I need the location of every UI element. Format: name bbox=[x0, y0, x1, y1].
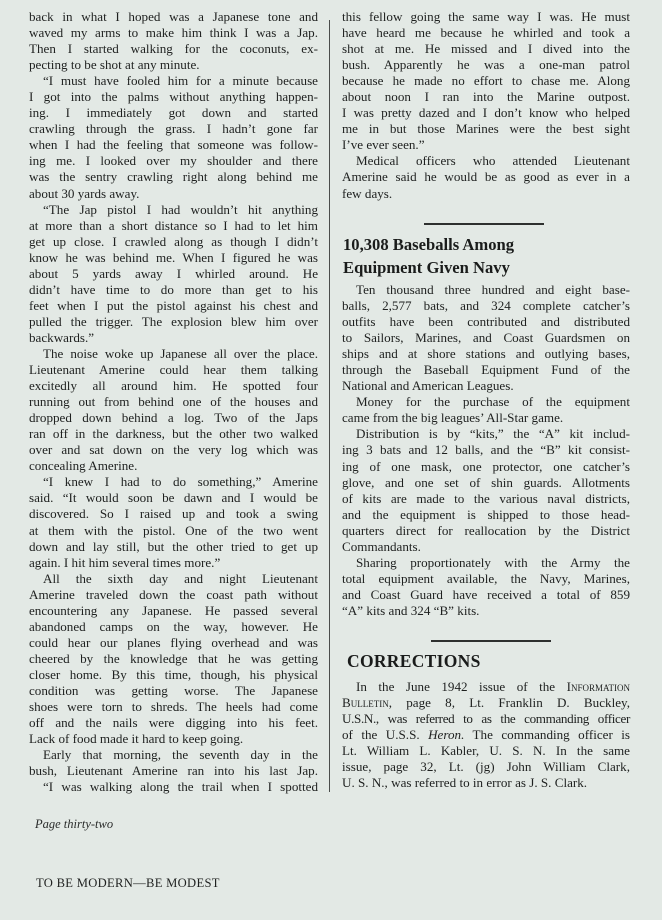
text-line: down and lay still, but the other tried … bbox=[29, 539, 318, 555]
text-line: through the Baseball Equipment Fund of t… bbox=[342, 362, 630, 378]
text-line: about 30 yards away. bbox=[29, 186, 318, 202]
corrections-line: Bulletin, page 8, Lt. Franklin D. Buckle… bbox=[342, 695, 630, 711]
baseballs-article-heading: 10,308 Baseballs Among Equipment Given N… bbox=[343, 233, 514, 279]
text-line: said. “It would soon be dawn and I would… bbox=[29, 490, 318, 506]
text-line: I was pretty dazed and I don’t know who … bbox=[342, 105, 630, 121]
corrections-line: of the U.S.S. Heron. The commanding offi… bbox=[342, 727, 630, 743]
text-line: Then I started walking for the coconuts,… bbox=[29, 41, 318, 57]
ship-name: Heron. bbox=[428, 727, 464, 742]
text-line: because he made no effort to chase me. A… bbox=[342, 73, 630, 89]
text-line: about noon I ran into the Marine outpost… bbox=[342, 89, 630, 105]
text-line: and the equipment is shipped to those he… bbox=[342, 507, 630, 523]
text-line: Distribution is by “kits,” the “A” kit i… bbox=[342, 426, 630, 442]
text-line: quarters direct for reallocation by the … bbox=[342, 523, 630, 539]
corrections-heading: CORRECTIONS bbox=[347, 651, 481, 672]
text-line: encountering any Japanese. He passed sev… bbox=[29, 603, 318, 619]
corrections-line: issue, page 32, Lt. (jg) John William Cl… bbox=[342, 759, 630, 775]
text-line: bush, Lieutenant Amerine ran into his la… bbox=[29, 763, 318, 779]
text-line: Commandants. bbox=[342, 539, 630, 555]
text-line: ing me. I looked over my shoulder and th… bbox=[29, 153, 318, 169]
text-line: I got into the palms without anything ha… bbox=[29, 89, 318, 105]
text-line: Lack of food made it hard to keep going. bbox=[29, 731, 318, 747]
text-line: “I must have fooled him for a minute bec… bbox=[29, 73, 318, 89]
text-line: shoes were torn to shreds. The heels had… bbox=[29, 699, 318, 715]
text-line: Money for the purchase of the equipment bbox=[342, 394, 630, 410]
text-line: me in but those Marines were the best si… bbox=[342, 121, 630, 137]
text-line: National and American Leagues. bbox=[342, 378, 630, 394]
text-line: to Sailors, Marines, and Coast Guardsmen… bbox=[342, 330, 630, 346]
text-line: cheered by the knowledge that he was get… bbox=[29, 651, 318, 667]
text-line: Sharing proportionately with the Army th… bbox=[342, 555, 630, 571]
text-line: didn’t have time to do more than get to … bbox=[29, 282, 318, 298]
corrections-line: Lt. William L. Kabler, U. S. N. In the s… bbox=[342, 743, 630, 759]
text-line: I’ve ever seen.” bbox=[342, 137, 630, 153]
text-line: running out from behind one of the house… bbox=[29, 394, 318, 410]
text-line: “I knew I had to do something,” Amerine bbox=[29, 474, 318, 490]
text-line: “I was walking along the trail when I sp… bbox=[29, 779, 318, 795]
text-line: waved my arms to make him think I was a … bbox=[29, 25, 318, 41]
text-line: balls, 2,577 bats, and 324 complete catc… bbox=[342, 298, 630, 314]
text-line: feet when I put the pistol against his c… bbox=[29, 298, 318, 314]
text-line: came from the big leagues’ All-Star game… bbox=[342, 410, 630, 426]
section-rule bbox=[431, 640, 551, 642]
text-line: pulled the trigger. The explosion blew h… bbox=[29, 314, 318, 330]
text-line: glove, and one set of shin guards. Allot… bbox=[342, 475, 630, 491]
text-line: and Coast Guard have received a total of… bbox=[342, 587, 630, 603]
publication-title: Bulletin bbox=[342, 695, 389, 710]
heading-line: 10,308 Baseballs Among bbox=[343, 233, 514, 256]
text-line: know he was behind me. When I figured he… bbox=[29, 250, 318, 266]
text-line: ran off in the darkness, but the other t… bbox=[29, 426, 318, 442]
text-line: this fellow going the same way I was. He… bbox=[342, 9, 630, 25]
text-line: pecting to be shot at any minute. bbox=[29, 57, 318, 73]
text-line: total equipment available, the Navy, Mar… bbox=[342, 571, 630, 587]
corrections-line: U.S.N., was referred to as the commandin… bbox=[342, 711, 630, 727]
text-line: “The Jap pistol I had wouldn’t hit anyth… bbox=[29, 202, 318, 218]
text-line: off and the nails were digging into his … bbox=[29, 715, 318, 731]
text-line: Lieutenant Amerine could hear them talki… bbox=[29, 362, 318, 378]
text-line: shot at me. He missed and I dived into t… bbox=[342, 41, 630, 57]
text-line: excitedly all around him. He spotted fou… bbox=[29, 378, 318, 394]
corrections-body: In the June 1942 issue of the Informatio… bbox=[342, 679, 630, 791]
text-line: bush. Apparently he was a one-man patrol bbox=[342, 57, 630, 73]
text-line: back in what I hoped was a Japanese tone… bbox=[29, 9, 318, 25]
heading-line: Equipment Given Navy bbox=[343, 256, 514, 279]
publication-title: Information bbox=[567, 679, 630, 694]
text-line: backwards.” bbox=[29, 330, 318, 346]
text-line: at them with the pistol. One of the two … bbox=[29, 523, 318, 539]
text-line: outfits have been contributed and distri… bbox=[342, 314, 630, 330]
text-line: discovered. So I raised up and took a sw… bbox=[29, 506, 318, 522]
text-line: Ten thousand three hundred and eight bas… bbox=[342, 282, 630, 298]
text-line: ing. I immediately got down and started bbox=[29, 105, 318, 121]
baseballs-article-body: Ten thousand three hundred and eight bas… bbox=[342, 282, 630, 619]
text-line: All the sixth day and night Lieutenant bbox=[29, 571, 318, 587]
story-continuation: this fellow going the same way I was. He… bbox=[342, 9, 630, 202]
footer-slogan: TO BE MODERN—BE MODEST bbox=[36, 876, 220, 891]
text-line: dropped down behind a log. Two of the Ja… bbox=[29, 410, 318, 426]
text-line: ing 3 bats and 12 balls, and the “B” kit… bbox=[342, 442, 630, 458]
left-column: back in what I hoped was a Japanese tone… bbox=[29, 9, 318, 795]
text-line: of kits are made to the various naval di… bbox=[342, 491, 630, 507]
text-line: closer home. By this time, though, his p… bbox=[29, 667, 318, 683]
text-line: Early that morning, the seventh day in t… bbox=[29, 747, 318, 763]
text-line: Amerine traveled down the coast path wit… bbox=[29, 587, 318, 603]
text-line: get up close. I crawled along as though … bbox=[29, 234, 318, 250]
text-line: over and sat down on the very log which … bbox=[29, 442, 318, 458]
text-line: about 5 yards away I whirled around. He bbox=[29, 266, 318, 282]
text-line: “A” kits and 324 “B” kits. bbox=[342, 603, 630, 619]
text-line: Medical officers who attended Lieutenant bbox=[342, 153, 630, 169]
text-line: at more than a short distance so I had t… bbox=[29, 218, 318, 234]
text-line: ships and at shore stations and outlying… bbox=[342, 346, 630, 362]
text-line: crawling through the grass. I hadn’t gon… bbox=[29, 121, 318, 137]
text-line: Amerine said he would be as good as ever… bbox=[342, 169, 630, 185]
text-line: The noise woke up Japanese all over the … bbox=[29, 346, 318, 362]
corrections-line: In the June 1942 issue of the Informatio… bbox=[342, 679, 630, 695]
text-line: abandoned camps on the way, however. He bbox=[29, 619, 318, 635]
text-line: condition was getting worse. The Japanes… bbox=[29, 683, 318, 699]
text-line: few days. bbox=[342, 186, 630, 202]
corrections-line: U. S. N., was referred to in error as J.… bbox=[342, 775, 630, 791]
text-line: could hear our planes flying overhead an… bbox=[29, 635, 318, 651]
text-line: concealing Amerine. bbox=[29, 458, 318, 474]
text-line: when I had the feeling that someone was … bbox=[29, 137, 318, 153]
page-number: Page thirty-two bbox=[35, 817, 113, 832]
text-line: again. I hit him several times more.” bbox=[29, 555, 318, 571]
column-divider bbox=[329, 20, 330, 792]
section-rule bbox=[424, 223, 544, 225]
text-line: was the sentry crawling right along behi… bbox=[29, 169, 318, 185]
text-line: have heard me because he whirled and too… bbox=[342, 25, 630, 41]
text-line: ing of one mask, one protector, one catc… bbox=[342, 459, 630, 475]
